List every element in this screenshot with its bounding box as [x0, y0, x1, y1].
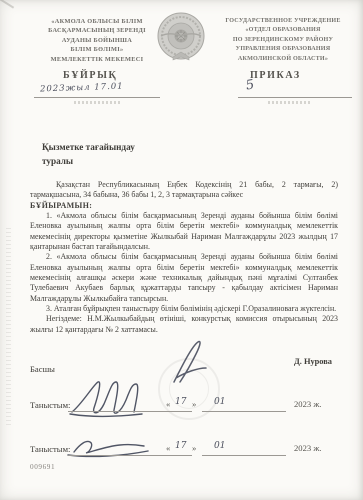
document-title-line2: туралы [42, 155, 182, 169]
kazakhstan-coat-of-arms-icon [153, 10, 209, 66]
handwritten-month: 01 [214, 441, 225, 451]
date-caption-artifact [74, 101, 122, 104]
signature-line [68, 455, 192, 456]
signature-line [68, 411, 192, 412]
date-line [34, 97, 160, 98]
org-name-russian: ГОСУДАРСТВЕННОЕ УЧРЕЖДЕНИЕ «ОТДЕЛ ОБРАЗО… [208, 17, 358, 64]
month-line [202, 455, 286, 456]
quote-open: « [166, 399, 170, 409]
signatory-name: Д. Нурова [294, 357, 332, 366]
number-line [238, 97, 352, 98]
handwritten-order-date: 2023жыл 17.01 [40, 82, 124, 95]
document-title: Қызметке тағайындау туралы [42, 141, 182, 168]
document-body: Қазақстан Республикасының Еңбек Кодексін… [30, 180, 338, 335]
org-name-russian-line: ГОСУДАРСТВЕННОЕ УЧРЕЖДЕНИЕ [208, 17, 358, 26]
acknowledgement-row-2: Таныстым: « 17 » 01 2023 ж. [30, 436, 340, 470]
order-label-kazakh: БҰЙРЫҚ [63, 70, 117, 81]
quote-close: » [192, 443, 196, 453]
number-caption-artifact [268, 101, 312, 104]
decree-word: БҰЙЫРАМЫН: [30, 201, 338, 211]
legal-basis-intro: Қазақстан Республикасының Еңбек Кодексін… [30, 180, 338, 201]
org-name-russian-line: «ОТДЕЛ ОБРАЗОВАНИЯ [208, 26, 358, 35]
org-name-kazakh-line: БАСҚАРМАСЫНЫҢ ЗЕРЕНДІ [24, 26, 170, 35]
org-name-russian-line: ПО ЗЕРЕНДИНСКОМУ РАЙОНУ [208, 36, 358, 45]
year-label: 2023 ж. [294, 399, 321, 409]
org-name-kazakh-line: МЕМЛЕКЕТТІК МЕКЕМЕСІ [24, 55, 170, 64]
handwritten-day: 17 [175, 397, 186, 407]
order-label-russian: ПРИКАЗ [250, 70, 301, 81]
order-basis: Негіздеме: Н.М.Жылкыбайдың өтініші, конк… [30, 314, 338, 335]
org-name-kazakh: «АКМОЛА ОБЛЫСЫ БІЛІМ БАСҚАРМАСЫНЫҢ ЗЕРЕН… [24, 17, 170, 64]
scan-edge-artifact [6, 228, 11, 428]
scan-corner-artifact [0, 0, 14, 9]
org-name-russian-line: АКМОЛИНСКОЙ ОБЛАСТИ» [208, 55, 358, 64]
handwritten-month: 01 [214, 397, 225, 407]
org-name-kazakh-line: АУДАНЫ БОЙЫНША [24, 36, 170, 45]
year-label: 2023 ж. [294, 443, 321, 453]
order-item-1: 1. «Акмола облысы білім басқармасының Зе… [30, 211, 338, 252]
org-name-kazakh-line: «АКМОЛА ОБЛЫСЫ БІЛІМ [24, 17, 170, 26]
order-item-3: 3. Аталған бұйрықпен таныстыру білім бөл… [30, 304, 338, 314]
order-item-2: 2. «Акмола облысы білім басқармасының Зе… [30, 252, 338, 304]
signatory-role: Басшы [30, 364, 55, 374]
org-name-kazakh-line: БІЛІМ БӨЛІМІ» [24, 45, 170, 54]
document-title-line1: Қызметке тағайындау [42, 141, 182, 155]
org-name-russian-line: УПРАВЛЕНИЯ ОБРАЗОВАНИЯ [208, 45, 358, 54]
form-number: 009691 [30, 463, 55, 471]
quote-open: « [166, 443, 170, 453]
month-line [202, 411, 286, 412]
quote-close: » [192, 399, 196, 409]
handwritten-day: 17 [175, 441, 186, 451]
document-page: «АКМОЛА ОБЛЫСЫ БІЛІМ БАСҚАРМАСЫНЫҢ ЗЕРЕН… [0, 0, 363, 500]
